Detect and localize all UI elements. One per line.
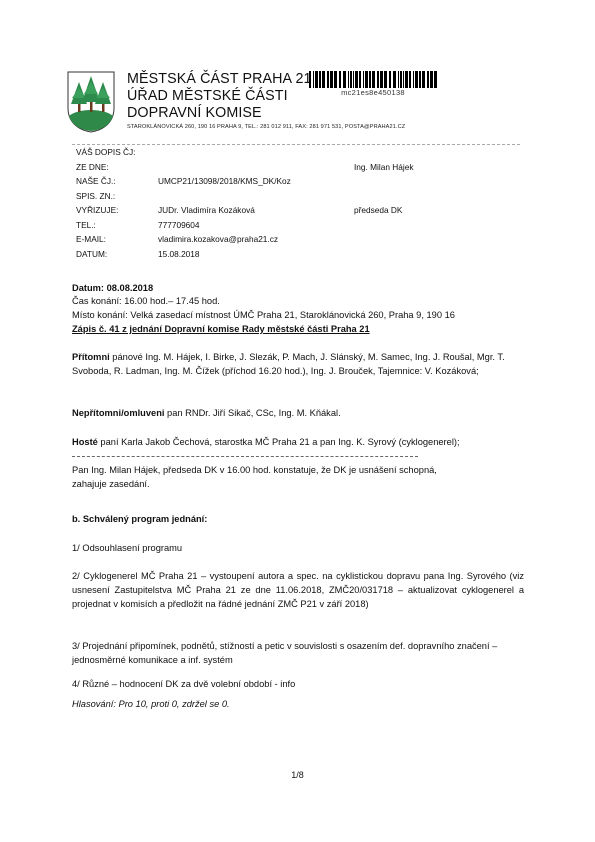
page-number: 1/8 (0, 770, 595, 780)
absent-label: Nepřítomni/omluveni (72, 408, 164, 418)
coat-of-arms-logo-icon (66, 70, 116, 134)
org-address: STAROKLÁNOVICKÁ 260, 190 16 PRAHA 9, TEL… (127, 124, 405, 130)
absent-paragraph: Nepřítomni/omluveni pan RNDr. Jiří Sikač… (72, 406, 524, 420)
meta-right: předseda DK (354, 205, 402, 215)
meta-value: 777709604 (158, 220, 200, 230)
meta-value: JUDr. Vladimíra Kozáková (158, 205, 255, 215)
meta-value: UMCP21/13098/2018/KMS_DK/Koz (158, 176, 291, 186)
opening-paragraph: Pan Ing. Milan Hájek, předseda DK v 16.0… (72, 463, 472, 491)
header-separator (72, 144, 520, 145)
meta-value: vladimira.kozakova@praha21.cz (158, 234, 278, 244)
barcode-text: mc21es8e450138 (309, 88, 437, 97)
meta-label: VYŘIZUJE: (76, 205, 118, 215)
meeting-time: Čas konání: 16.00 hod.– 17.45 hod. (72, 294, 524, 308)
guests-paragraph: Hosté paní Karla Jakob Čechová, starostk… (72, 435, 524, 449)
meta-label: E-MAIL: (76, 234, 106, 244)
meta-label: VÁŠ DOPIS ČJ: (76, 147, 135, 157)
program-heading: b. Schválený program jednání: (72, 512, 524, 526)
meta-label: DATUM: (76, 249, 107, 259)
voting-result: Hlasování: Pro 10, proti 0, zdržel se 0. (72, 697, 524, 711)
meeting-place: Místo konání: Velká zasedací místnost ÚM… (72, 308, 524, 322)
org-name-line2: ÚŘAD MĚSTSKÉ ČÁSTI (127, 88, 288, 105)
barcode-icon (309, 71, 437, 88)
org-name-line1: MĚSTSKÁ ČÁST PRAHA 21 (127, 71, 312, 88)
guests-text: paní Karla Jakob Čechová, starostka MČ P… (98, 437, 460, 447)
meta-label: ZE DNE: (76, 162, 109, 172)
meta-label: TEL.: (76, 220, 96, 230)
meta-label: NAŠE ČJ.: (76, 176, 116, 186)
program-item-3: 3/ Projednání připomínek, podnětů, stížn… (72, 639, 512, 667)
attendees-label: Přítomni (72, 352, 110, 362)
meta-right: Ing. Milan Hájek (354, 162, 414, 172)
meeting-date: Datum: 08.08.2018 (72, 281, 524, 295)
meta-label: SPIS. ZN.: (76, 191, 115, 201)
attendees-paragraph: Přítomni pánové Ing. M. Hájek, I. Birke,… (72, 350, 524, 378)
program-item-2: 2/ Cyklogenerel MČ Praha 21 – vystoupení… (72, 569, 524, 611)
absent-text: pan RNDr. Jiří Sikač, CSc, Ing. M. Kňáka… (164, 408, 340, 418)
dashed-separator (72, 456, 418, 457)
meta-value: 15.08.2018 (158, 249, 200, 259)
org-name-line3: DOPRAVNÍ KOMISE (127, 105, 262, 122)
attendees-text: pánové Ing. M. Hájek, I. Birke, J. Slezá… (72, 352, 505, 376)
program-item-4: 4/ Různé – hodnocení DK za dvě volební o… (72, 677, 524, 691)
guests-label: Hosté (72, 437, 98, 447)
minutes-title: Zápis č. 41 z jednání Dopravní komise Ra… (72, 322, 524, 336)
program-item-1: 1/ Odsouhlasení programu (72, 541, 524, 555)
